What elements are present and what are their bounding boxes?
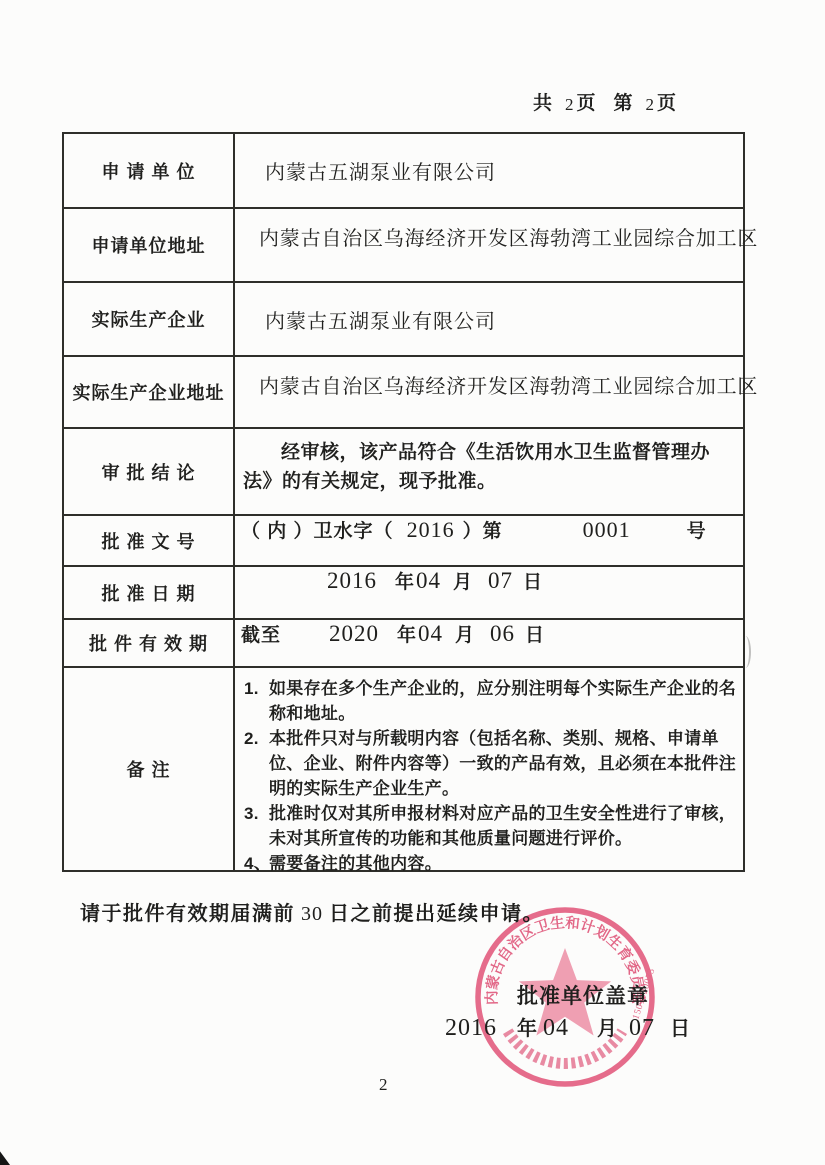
validity-until: 截至: [241, 620, 281, 647]
approval-date-year: 2016: [327, 568, 377, 594]
signature-date-day-unit: 日: [670, 1012, 690, 1041]
table-row-applicant-address: 申请单位地址 内蒙古自治区乌海经济开发区海勃湾工业园综合加工区: [64, 207, 743, 281]
signature-date-year: 2016: [445, 1015, 497, 1042]
signature-date-day: 07: [629, 1015, 655, 1042]
remark-item-1: 1. 如果存在多个生产企业的，应分别注明每个实际生产企业的名称和地址。: [241, 676, 737, 726]
remark-1-text: 如果存在多个生产企业的，应分别注明每个实际生产企业的名称和地址。: [269, 676, 737, 726]
remark-2-number: 2.: [241, 726, 269, 801]
current-page-value: 2: [646, 95, 655, 115]
remark-2-text: 本批件只对与所载明内容（包括名称、类别、规格、申请单位、企业、附件内容等）一致的…: [269, 726, 737, 801]
total-pages-value: 2: [565, 95, 574, 115]
approval-number-suffix: 号: [687, 516, 707, 543]
table-row-remarks: 备 注 1. 如果存在多个生产企业的，应分别注明每个实际生产企业的名称和地址。 …: [64, 666, 743, 870]
approval-number-middle: ）第: [463, 516, 503, 543]
remark-1-number: 1.: [241, 676, 269, 726]
applicant-value: 内蒙古五湖泵业有限公司: [235, 134, 743, 207]
renewal-note-days: 30: [301, 903, 323, 926]
validity-month: 04: [418, 621, 443, 647]
remark-item-2: 2. 本批件只对与所载明内容（包括名称、类别、规格、申请单位、企业、附件内容等）…: [241, 726, 737, 801]
signature-date-month: 04: [543, 1015, 569, 1042]
table-row-approval-date: 批 准 日 期 2016 年 04 月 07 日: [64, 565, 743, 618]
table-row-conclusion: 审 批 结 论 经审核，该产品符合《生活饮用水卫生监督管理办法》的有关规定，现予…: [64, 427, 743, 514]
approval-number-serial: 0001: [583, 517, 631, 543]
table-row-manufacturer-address: 实际生产企业地址 内蒙古自治区乌海经济开发区海勃湾工业园综合加工区: [64, 355, 743, 427]
manufacturer-address-label: 实际生产企业地址: [64, 357, 235, 427]
validity-label: 批 件 有 效 期: [64, 620, 235, 666]
approval-date-label: 批 准 日 期: [64, 567, 235, 618]
approval-date-year-unit: 年: [395, 567, 414, 594]
applicant-address-label: 申请单位地址: [64, 209, 235, 281]
remark-item-4: 4、 需要备注的其他内容。: [241, 851, 737, 876]
approval-number-year: 2016: [407, 517, 455, 543]
page-count-header: 共 2 页 第 2 页: [533, 88, 678, 115]
table-row-manufacturer: 实际生产企业 内蒙古五湖泵业有限公司: [64, 281, 743, 355]
approval-date-month-unit: 月: [453, 567, 472, 594]
approval-date-day-unit: 日: [523, 567, 542, 594]
remark-3-text: 批准时仅对其所申报材料对应产品的卫生安全性进行了审核，未对其所宣传的功能和其他质…: [269, 801, 737, 851]
signature-date-year-unit: 年: [517, 1012, 537, 1041]
scan-smudge-artifact: [740, 636, 751, 668]
validity-month-unit: 月: [455, 620, 474, 647]
validity-day: 06: [490, 621, 515, 647]
current-page-unit: 页: [657, 88, 678, 115]
page-number: 2: [379, 1075, 388, 1095]
approval-number-prefix: （ 内 ）卫水字（: [241, 516, 394, 543]
remark-4-text: 需要备注的其他内容。: [269, 851, 737, 876]
remark-3-number: 3.: [241, 801, 269, 851]
remark-4-number: 4、: [241, 851, 269, 876]
applicant-address-value: 内蒙古自治区乌海经济开发区海勃湾工业园综合加工区: [235, 209, 758, 281]
current-page-label: 第: [614, 88, 635, 115]
renewal-note: 请于批件有效期届满前 30 日之前提出延续申请。: [80, 897, 544, 926]
validity-year: 2020: [329, 621, 379, 647]
remark-item-3: 3. 批准时仅对其所申报材料对应产品的卫生安全性进行了审核，未对其所宣传的功能和…: [241, 801, 737, 851]
scanned-approval-document: 共 2 页 第 2 页 申 请 单 位 内蒙古五湖泵业有限公司 申请单位地址 内…: [0, 0, 825, 1165]
manufacturer-value: 内蒙古五湖泵业有限公司: [235, 283, 743, 355]
remarks-value: 1. 如果存在多个生产企业的，应分别注明每个实际生产企业的名称和地址。 2. 本…: [235, 668, 743, 870]
validity-value: 截至 2020 年 04 月 06 日: [235, 620, 743, 666]
table-row-applicant: 申 请 单 位 内蒙古五湖泵业有限公司: [64, 134, 743, 207]
total-pages-label: 共: [533, 88, 554, 115]
approval-date-value: 2016 年 04 月 07 日: [235, 567, 743, 618]
conclusion-label: 审 批 结 论: [64, 429, 235, 514]
validity-year-unit: 年: [397, 620, 416, 647]
manufacturer-address-value: 内蒙古自治区乌海经济开发区海勃湾工业园综合加工区: [235, 357, 758, 427]
seal-caption: 批准单位盖章: [517, 980, 649, 1010]
applicant-label: 申 请 单 位: [64, 134, 235, 207]
scan-corner-artifact: [0, 1149, 10, 1165]
signature-date-month-unit: 月: [597, 1012, 617, 1041]
manufacturer-label: 实际生产企业: [64, 283, 235, 355]
approval-date-day: 07: [488, 568, 513, 594]
table-row-approval-number: 批 准 文 号 （ 内 ）卫水字（ 2016 ）第 0001 号: [64, 514, 743, 565]
approval-table: 申 请 单 位 内蒙古五湖泵业有限公司 申请单位地址 内蒙古自治区乌海经济开发区…: [62, 132, 745, 872]
renewal-note-part1: 请于批件有效期届满前: [80, 897, 295, 926]
validity-day-unit: 日: [525, 620, 544, 647]
conclusion-value: 经审核，该产品符合《生活饮用水卫生监督管理办法》的有关规定，现予批准。: [235, 429, 743, 514]
approval-date-month: 04: [416, 568, 441, 594]
renewal-note-part2: 日之前提出延续申请。: [329, 897, 544, 926]
table-row-validity: 批 件 有 效 期 截至 2020 年 04 月 06 日: [64, 618, 743, 666]
remarks-label: 备 注: [64, 668, 235, 870]
signature-date: 2016 年 04 月 07 日: [445, 1012, 690, 1042]
approval-number-label: 批 准 文 号: [64, 516, 235, 565]
total-pages-unit: 页: [577, 88, 598, 115]
approval-number-value: （ 内 ）卫水字（ 2016 ）第 0001 号: [235, 516, 743, 565]
